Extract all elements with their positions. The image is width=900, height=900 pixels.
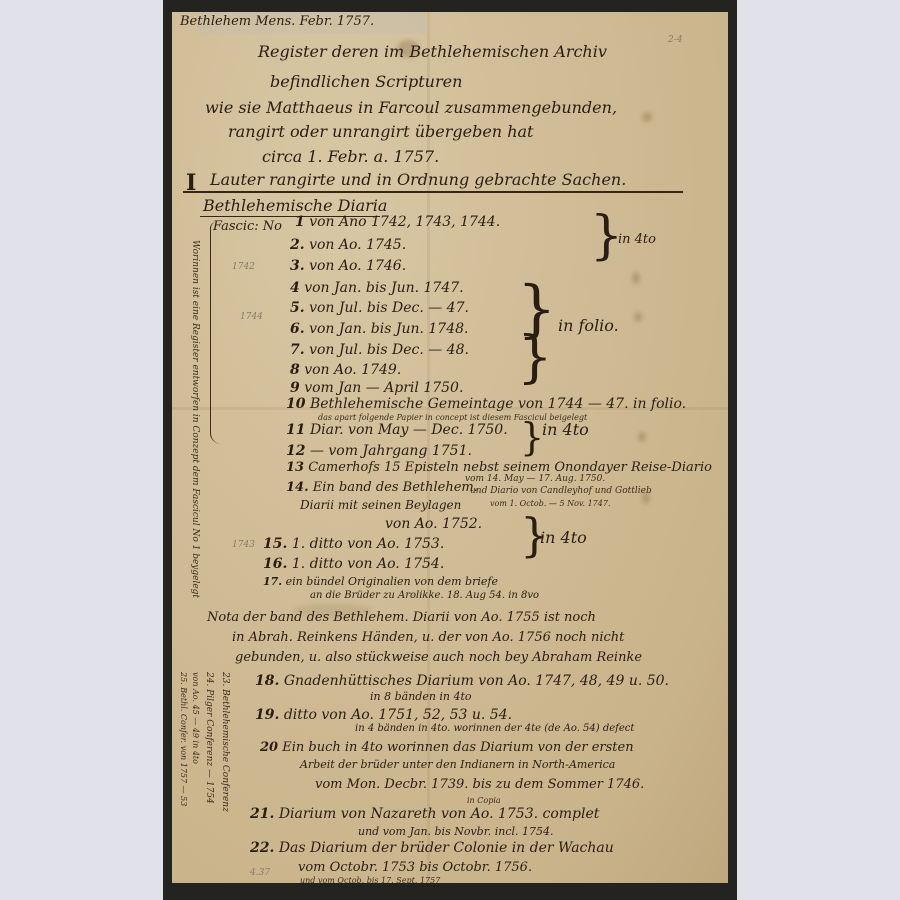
entry-continuation: Diarii mit seinen Beylagen (300, 498, 461, 512)
entry-row: 17. ein bündel Originalien von dem brief… (263, 575, 498, 588)
entry-row: 2. von Ao. 1745. (290, 237, 406, 253)
heading-line-3: wie sie Matthaeus in Farcoul zusammengeb… (205, 98, 617, 117)
fascic-label: Fascic: No (213, 219, 282, 234)
entry-row: 12 — vom Jahrgang 1751. (286, 443, 472, 459)
entry-row: 18. Gnadenhüttisches Diarium von Ao. 174… (255, 673, 669, 689)
ink-stain (634, 312, 642, 322)
ink-stain (642, 112, 652, 122)
entry-row: 4 von Jan. bis Jun. 1747. (290, 280, 464, 296)
entry-note: vom 1. Octob. — 5 Nov. 1747. (490, 499, 610, 508)
heading-line-1: Register deren im Bethlehemischen Archiv (258, 42, 607, 61)
entry-continuation: und vom Octob. bis 17. Sept. 1757 (300, 876, 440, 885)
pencil-mark: 1744 (240, 312, 263, 322)
entry-row: 7. von Jul. bis Dec. — 48. (290, 342, 469, 358)
entry-note: in Copia (467, 796, 501, 805)
entry-row: 3. von Ao. 1746. (290, 258, 406, 274)
entry-note: und Diario von Candleyhof und Gottlieb (470, 486, 652, 496)
nota-line-1: Nota der band des Bethlehem. Diarii von … (207, 610, 596, 625)
margin-note-lower-1: 23. Bethlehemische Conferenz (220, 672, 230, 812)
top-label: Bethlehem Mens. Febr. 1757. (180, 14, 374, 29)
corner-mark: 2-4 (668, 35, 683, 45)
nota-line-3: gebunden, u. also stückweise auch noch b… (235, 650, 642, 665)
entry-row: 19. ditto von Ao. 1751, 52, 53 u. 54. (255, 707, 512, 723)
subsection-title: Bethlehemische Diaria (203, 196, 387, 215)
entry-row: 8 von Ao. 1749. (290, 362, 401, 378)
fascic-bracket (210, 222, 221, 444)
brace-label: in 4to (542, 420, 589, 439)
brace-label: in 4to (540, 528, 587, 547)
entry-continuation: und vom Jan. bis Novbr. incl. 1754. (358, 825, 554, 838)
margin-note-lower-4: von Ao. 45 — 49 in 4to (191, 672, 200, 764)
margin-note-lower-3: 25. Bethl. Confer. von 1757 — 53 (179, 672, 188, 806)
entry-continuation: vom Octobr. 1753 bis Octobr. 1756. (298, 860, 532, 875)
heading-line-2: befindlichen Scripturen (270, 72, 462, 91)
entry-continuation: in 8 bänden in 4to (370, 690, 472, 703)
entry-row: 20 Ein buch in 4to worinnen das Diarium … (260, 740, 634, 755)
entry-row: 15. 1. ditto von Ao. 1753. (263, 536, 444, 552)
entry-continuation: in 4 bänden in 4to. worinnen der 4te (de… (355, 723, 634, 734)
nota-line-2: in Abrah. Reinkens Händen, u. der von Ao… (232, 630, 624, 645)
ink-stain (632, 272, 640, 284)
section-title: Lauter rangirte und in Ordnung gebrachte… (210, 170, 626, 189)
entry-row: 1 von Ano 1742, 1743, 1744. (295, 214, 500, 230)
entry-row: 14. Ein band des Bethlehem. (286, 480, 478, 495)
pencil-mark: 4.37 (250, 868, 270, 878)
brace-label: in folio. (558, 316, 619, 335)
entry-continuation: Arbeit der brüder unter den Indianern in… (300, 758, 615, 771)
heading-line-4: rangirt oder unrangirt übergeben hat (228, 122, 533, 141)
ink-stain (638, 432, 646, 442)
entry-row: 22. Das Diarium der brüder Colonie in de… (250, 840, 614, 856)
margin-note-upper: Worinnen ist eine Register entworfen in … (190, 240, 200, 598)
entry-row: 11 Diar. von May — Dec. 1750. (286, 422, 508, 438)
entry-row: 6. von Jan. bis Jun. 1748. (290, 321, 468, 337)
entry-continuation: vom Mon. Decbr. 1739. bis zu dem Sommer … (315, 777, 644, 792)
margin-note-lower-2: 24. Pilger Conferenz — 1754 (204, 672, 214, 804)
brace: } (520, 418, 544, 456)
pencil-mark: 1742 (232, 262, 255, 272)
entry-row: 13 Camerhofs 15 Episteln nebst seinem On… (286, 460, 712, 475)
entry-row: 5. von Jul. bis Dec. — 47. (290, 300, 469, 316)
entry-row: 16. 1. ditto von Ao. 1754. (263, 556, 444, 572)
heading-line-5: circa 1. Febr. a. 1757. (262, 147, 439, 166)
entry-note: vom 14. May — 17. Aug. 1750. (465, 474, 605, 484)
entry-row: 9 vom Jan — April 1750. (290, 380, 463, 396)
entry-continuation: von Ao. 1752. (385, 516, 482, 532)
brace-label: in 4to (618, 232, 656, 247)
entry-continuation: an die Brüder zu Arolikke. 18. Aug 54. i… (310, 590, 539, 601)
entry-row: 10 Bethlehemische Gemeintage von 1744 — … (286, 396, 686, 412)
section-underline (183, 191, 683, 193)
brace: } (517, 330, 553, 386)
entry-row: 21. Diarium von Nazareth von Ao. 1753. c… (250, 806, 599, 822)
pencil-mark: 1743 (232, 540, 255, 550)
